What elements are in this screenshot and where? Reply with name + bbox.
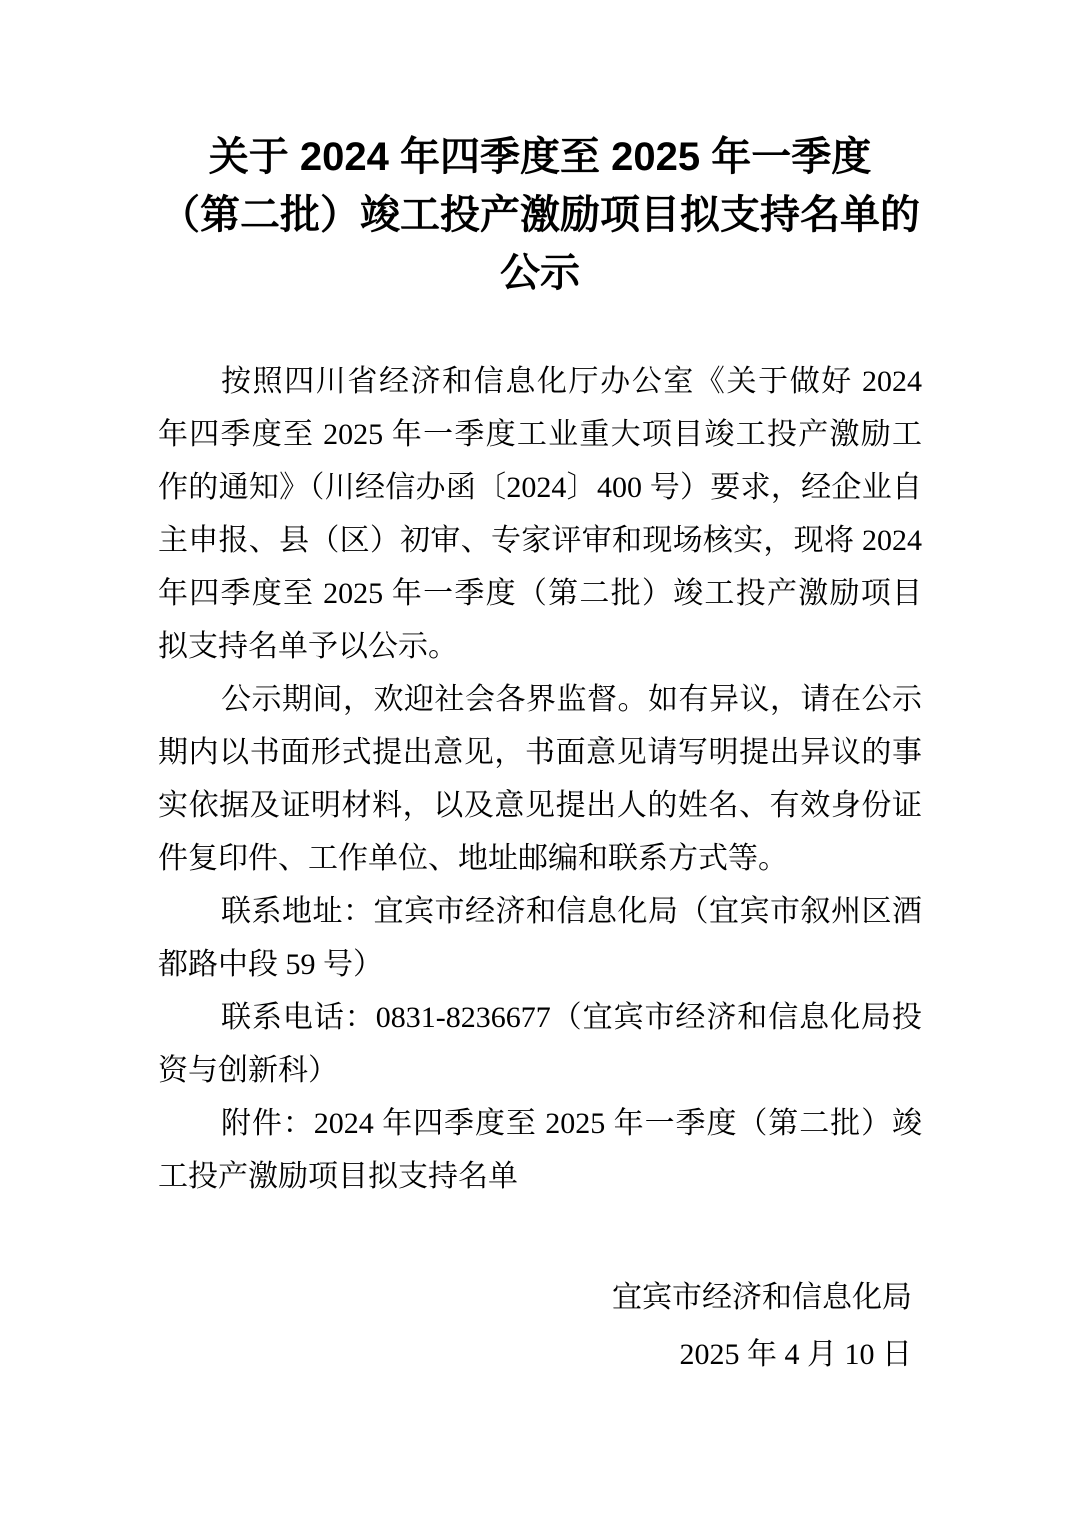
body-paragraph-attachment: 附件：2024 年四季度至 2025 年一季度（第二批）竣工投产激励项目拟支持名… xyxy=(158,1097,922,1203)
body-paragraph-basis: 按照四川省经济和信息化厅办公室《关于做好 2024 年四季度至 2025 年一季… xyxy=(158,355,922,673)
document-content: 关于 2024 年四季度至 2025 年一季度 （第二批）竣工投产激励项目拟支持… xyxy=(158,0,922,1383)
body-paragraph-contact-phone: 联系电话：0831-8236677（宜宾市经济和信息化局投资与创新科） xyxy=(158,991,922,1097)
body-paragraph-supervision: 公示期间，欢迎社会各界监督。如有异议，请在公示期内以书面形式提出意见，书面意见请… xyxy=(158,673,922,885)
document-title: 关于 2024 年四季度至 2025 年一季度 （第二批）竣工投产激励项目拟支持… xyxy=(158,128,922,302)
title-line-2: （第二批）竣工投产激励项目拟支持名单的 xyxy=(158,186,922,244)
body-paragraph-contact-address: 联系地址：宜宾市经济和信息化局（宜宾市叙州区酒都路中段 59 号） xyxy=(158,885,922,991)
signature-date: 2025 年 4 月 10 日 xyxy=(158,1326,912,1383)
signature-block: 宜宾市经济和信息化局 2025 年 4 月 10 日 xyxy=(158,1269,922,1383)
document-body: 按照四川省经济和信息化厅办公室《关于做好 2024 年四季度至 2025 年一季… xyxy=(158,355,922,1203)
document-page: 关于 2024 年四季度至 2025 年一季度 （第二批）竣工投产激励项目拟支持… xyxy=(0,0,1074,1520)
title-line-3: 公示 xyxy=(158,244,922,302)
signature-org: 宜宾市经济和信息化局 xyxy=(158,1269,912,1326)
title-line-1: 关于 2024 年四季度至 2025 年一季度 xyxy=(158,128,922,186)
